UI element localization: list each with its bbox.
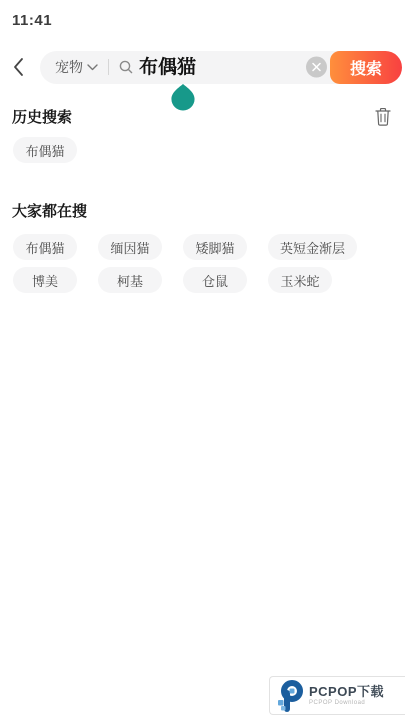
watermark-brand: PCPOP下载 — [309, 685, 384, 698]
trending-chip[interactable]: 矮脚猫 — [183, 234, 247, 260]
trending-chip[interactable]: 玉米蛇 — [268, 267, 332, 293]
trending-chip[interactable]: 英短金渐层 — [268, 234, 357, 260]
trash-icon — [375, 108, 391, 126]
trending-title: 大家都在搜 — [12, 200, 87, 221]
search-bar: 宠物 布偶猫 — [12, 50, 393, 84]
trending-chip[interactable]: 缅因猫 — [98, 234, 162, 260]
trending-chip[interactable]: 仓鼠 — [183, 267, 247, 293]
pcpop-watermark: PCPOP下载 PCPOP Download — [269, 676, 405, 715]
search-input[interactable]: 布偶猫 — [139, 51, 196, 84]
divider — [108, 59, 109, 75]
search-screen: 11:41 宠物 — [0, 0, 405, 720]
trending-chip[interactable]: 博美 — [13, 267, 77, 293]
history-section-header: 历史搜索 — [0, 106, 405, 127]
trending-chip[interactable]: 布偶猫 — [13, 234, 77, 260]
history-title: 历史搜索 — [12, 106, 72, 127]
close-icon — [312, 63, 321, 72]
search-input-container: 宠物 布偶猫 — [40, 51, 393, 84]
search-icon — [118, 59, 134, 75]
history-chip-list: 布偶猫 — [0, 127, 405, 163]
back-button[interactable] — [12, 50, 40, 84]
watermark-subtext: PCPOP Download — [309, 700, 384, 706]
trending-chip-list: 布偶猫 缅因猫 矮脚猫 英短金渐层 博美 柯基 仓鼠 玉米蛇 — [13, 234, 392, 293]
trending-chip[interactable]: 柯基 — [98, 267, 162, 293]
text-select-handle-icon[interactable] — [170, 84, 196, 111]
category-selector[interactable]: 宠物 — [55, 57, 98, 77]
search-button[interactable]: 搜索 — [330, 51, 402, 84]
chevron-down-icon — [87, 64, 98, 71]
clear-history-button[interactable] — [373, 107, 393, 127]
pcpop-logo-icon — [275, 680, 305, 712]
back-icon — [12, 57, 25, 77]
status-time: 11:41 — [12, 12, 52, 29]
category-label: 宠物 — [55, 57, 83, 77]
trending-section-header: 大家都在搜 — [0, 200, 405, 221]
history-chip[interactable]: 布偶猫 — [13, 137, 77, 163]
clear-button[interactable] — [306, 57, 327, 78]
status-bar: 11:41 — [0, 0, 405, 40]
watermark-text: PCPOP下载 PCPOP Download — [309, 685, 384, 706]
